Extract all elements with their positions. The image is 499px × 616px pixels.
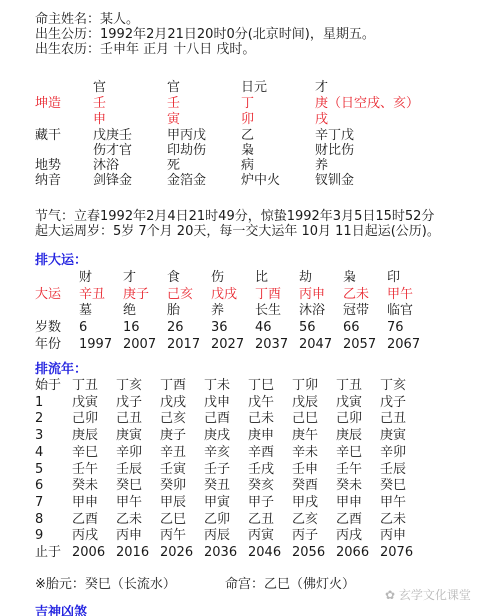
cell: 己亥 xyxy=(167,287,193,302)
cell: 丁亥 xyxy=(380,378,406,393)
cell: 甲辰 xyxy=(160,495,186,510)
cell: 伤 xyxy=(211,270,224,285)
cell: 才 xyxy=(123,270,136,285)
cell: 戊戌 xyxy=(160,395,186,410)
cell: 辛亥 xyxy=(204,445,230,460)
cell: 卯 xyxy=(241,112,254,127)
cell: 辛酉 xyxy=(248,445,274,460)
cell: 乙未 xyxy=(343,287,369,302)
cell: 2026 xyxy=(160,545,193,560)
cell: 2007 xyxy=(123,337,156,352)
cell: 甲午 xyxy=(387,287,413,302)
cell: 甲申 xyxy=(72,495,98,510)
cell: 戊子 xyxy=(116,395,142,410)
cell: 甲午 xyxy=(380,495,406,510)
wechat-icon: ✿ xyxy=(385,588,399,602)
cell: 甲丙戊 xyxy=(167,128,206,143)
cell: 甲子 xyxy=(248,495,274,510)
cell: 己亥 xyxy=(160,411,186,426)
cell: 己酉 xyxy=(204,411,230,426)
row-label: 5 xyxy=(35,462,43,477)
name-line: 命主姓名：某人。 xyxy=(35,12,139,27)
cell: 己丑 xyxy=(116,411,142,426)
cell: 辛丁戊 xyxy=(315,128,354,143)
taiyuan-text: ※胎元：癸巳（长流水） xyxy=(35,577,176,592)
row-label: 3 xyxy=(35,428,43,443)
cell: 乙酉 xyxy=(72,512,98,527)
cell: 庚子 xyxy=(160,428,186,443)
cell: 壬辰 xyxy=(380,462,406,477)
cell: 官 xyxy=(93,80,106,95)
cell: 冠带 xyxy=(343,303,369,318)
cell: 2066 xyxy=(336,545,369,560)
cell: 2046 xyxy=(248,545,281,560)
cell: 辛丑 xyxy=(160,445,186,460)
cell: 枭 xyxy=(343,270,356,285)
cell: 官 xyxy=(167,80,180,95)
cell: 戊午 xyxy=(248,395,274,410)
cell: 16 xyxy=(123,320,140,335)
cell: 丁卯 xyxy=(292,378,318,393)
cell: 己巳 xyxy=(292,411,318,426)
qiyun-line: 起大运周岁：5岁 7个月 20天，每一交大运年 10月 11日起运(公历)。 xyxy=(35,224,440,239)
cell: 丁 xyxy=(241,96,254,111)
cell: 76 xyxy=(387,320,404,335)
row-label: 大运 xyxy=(35,287,61,302)
cell: 丙辰 xyxy=(204,528,230,543)
cell: 乙卯 xyxy=(204,512,230,527)
cell: 壬寅 xyxy=(160,462,186,477)
cell: 辛未 xyxy=(292,445,318,460)
cell: 丙午 xyxy=(160,528,186,543)
cell: 2056 xyxy=(292,545,325,560)
row-label: 坤造 xyxy=(35,96,61,111)
cell: 6 xyxy=(79,320,87,335)
cell: 56 xyxy=(299,320,316,335)
cell: 炉中火 xyxy=(241,173,280,188)
cell: 己卯 xyxy=(72,411,98,426)
cell: 丙申 xyxy=(380,528,406,543)
cell: 戊戌 xyxy=(211,287,237,302)
cell: 戊申 xyxy=(204,395,230,410)
cell: 癸亥 xyxy=(248,478,274,493)
cell: 寅 xyxy=(167,112,180,127)
cell: 食 xyxy=(167,270,180,285)
next-section-title: 吉神凶煞 xyxy=(35,601,87,616)
cell: 庚辰 xyxy=(336,428,362,443)
cell: 病 xyxy=(241,158,254,173)
cell: 壬午 xyxy=(336,462,362,477)
cell: 丁酉 xyxy=(255,287,281,302)
cell: 庚戌 xyxy=(204,428,230,443)
cell: 癸巳 xyxy=(116,478,142,493)
cell: 2027 xyxy=(211,337,244,352)
cell: 2036 xyxy=(204,545,237,560)
cell: 癸未 xyxy=(72,478,98,493)
cell: 庚辰 xyxy=(72,428,98,443)
cell: 辛卯 xyxy=(116,445,142,460)
cell: 2017 xyxy=(167,337,200,352)
cell: 庚子 xyxy=(123,287,149,302)
cell: 壬 xyxy=(93,96,106,111)
cell: 养 xyxy=(211,303,224,318)
cell: 乙未 xyxy=(116,512,142,527)
cell: 乙未 xyxy=(380,512,406,527)
cell: 财比伤 xyxy=(315,143,354,158)
cell: 辛巳 xyxy=(72,445,98,460)
cell: 乙巳 xyxy=(160,512,186,527)
cell: 戊庚壬 xyxy=(93,128,132,143)
cell: 枭 xyxy=(241,143,254,158)
cell: 庚申 xyxy=(248,428,274,443)
cell: 庚寅 xyxy=(116,428,142,443)
cell: 辛卯 xyxy=(380,445,406,460)
row-label: 1 xyxy=(35,395,43,410)
cell: 申 xyxy=(93,112,106,127)
cell: 丙申 xyxy=(116,528,142,543)
cell: 丙子 xyxy=(292,528,318,543)
cell: 死 xyxy=(167,158,180,173)
cell: 金箔金 xyxy=(167,173,206,188)
cell: 钗钏金 xyxy=(315,173,354,188)
row-label: 9 xyxy=(35,528,43,543)
cell: 癸酉 xyxy=(292,478,318,493)
cell: 印劫伤 xyxy=(167,143,206,158)
cell: 墓 xyxy=(79,303,92,318)
row-label: 岁数 xyxy=(35,320,61,335)
cell: 癸未 xyxy=(336,478,362,493)
cell: 庚寅 xyxy=(380,428,406,443)
cell: 丁未 xyxy=(204,378,230,393)
cell: 沐浴 xyxy=(299,303,325,318)
cell: 乙亥 xyxy=(292,512,318,527)
cell: 2006 xyxy=(72,545,105,560)
row-label: 8 xyxy=(35,512,43,527)
cell: 36 xyxy=(211,320,228,335)
cell: 财 xyxy=(79,270,92,285)
row-label: 年份 xyxy=(35,337,61,352)
cell: 癸卯 xyxy=(160,478,186,493)
cell: 乙 xyxy=(241,128,254,143)
row-label: 7 xyxy=(35,495,43,510)
cell: 己丑 xyxy=(380,411,406,426)
cell: 乙酉 xyxy=(336,512,362,527)
cell: 壬申 xyxy=(292,462,318,477)
cell: 壬辰 xyxy=(116,462,142,477)
cell: 26 xyxy=(167,320,184,335)
cell: 66 xyxy=(343,320,360,335)
cell: 丙申 xyxy=(299,287,325,302)
cell: 己卯 xyxy=(336,411,362,426)
cell: 丙戌 xyxy=(336,528,362,543)
cell: 2076 xyxy=(380,545,413,560)
cell: 印 xyxy=(387,270,400,285)
jieqi-line: 节气：立春1992年2月4日21时49分，惊蛰1992年3月5日15时52分 xyxy=(35,209,434,224)
liunian-title: 排流年： xyxy=(35,362,87,377)
cell: 丁丑 xyxy=(336,378,362,393)
row-label: 2 xyxy=(35,411,43,426)
cell: 长生 xyxy=(255,303,281,318)
cell: 日元 xyxy=(241,80,267,95)
cell: 癸丑 xyxy=(204,478,230,493)
cell: 辛巳 xyxy=(336,445,362,460)
row-label: 止于 xyxy=(35,545,61,560)
cell: 沐浴 xyxy=(93,158,119,173)
cell: 甲寅 xyxy=(204,495,230,510)
cell: 壬午 xyxy=(72,462,98,477)
row-label: 藏干 xyxy=(35,128,61,143)
cell: 绝 xyxy=(123,303,136,318)
cell: 2037 xyxy=(255,337,288,352)
cell: 1997 xyxy=(79,337,112,352)
row-label: 4 xyxy=(35,445,43,460)
cell: 丙戌 xyxy=(72,528,98,543)
cell: 甲申 xyxy=(336,495,362,510)
cell: 壬 xyxy=(167,96,180,111)
cell: 2057 xyxy=(343,337,376,352)
cell: 戊辰 xyxy=(292,395,318,410)
cell: 胎 xyxy=(167,303,180,318)
cell: 剑锋金 xyxy=(93,173,132,188)
cell: 乙丑 xyxy=(248,512,274,527)
cell: 2016 xyxy=(116,545,149,560)
row-label: 始于 xyxy=(35,378,61,393)
cell: 戊寅 xyxy=(72,395,98,410)
dayun-title: 排大运： xyxy=(35,253,87,268)
cell: 伤才官 xyxy=(93,143,132,158)
cell: 比 xyxy=(255,270,268,285)
cell: 甲戌 xyxy=(292,495,318,510)
cell: 丙寅 xyxy=(248,528,274,543)
cell: 丁酉 xyxy=(160,378,186,393)
cell: 才 xyxy=(315,80,328,95)
cell: 戊寅 xyxy=(336,395,362,410)
lunar-birth-line: 出生农历：壬申年 正月 十八日 戌时。 xyxy=(35,42,255,57)
cell: 临官 xyxy=(387,303,413,318)
cell: 46 xyxy=(255,320,272,335)
cell: 2067 xyxy=(387,337,420,352)
cell: 2047 xyxy=(299,337,332,352)
cell: 丁巳 xyxy=(248,378,274,393)
row-label: 6 xyxy=(35,478,43,493)
row-label: 地势 xyxy=(35,158,61,173)
cell: 戊子 xyxy=(380,395,406,410)
cell: 庚（日空戌、亥） xyxy=(315,96,419,111)
cell: 养 xyxy=(315,158,328,173)
cell: 庚午 xyxy=(292,428,318,443)
cell: 壬子 xyxy=(204,462,230,477)
cell: 丁丑 xyxy=(72,378,98,393)
cell: 癸巳 xyxy=(380,478,406,493)
minggong-text: 命宫：乙巳（佛灯火） xyxy=(225,577,355,592)
row-label: 纳音 xyxy=(35,173,61,188)
solar-birth-line: 出生公历：1992年2月21日20时0分(北京时间)，星期五。 xyxy=(35,27,375,42)
cell: 甲午 xyxy=(116,495,142,510)
cell: 壬戌 xyxy=(248,462,274,477)
cell: 己未 xyxy=(248,411,274,426)
cell: 戌 xyxy=(315,112,328,127)
watermark: ✿ 玄学文化课堂 xyxy=(385,586,471,603)
cell: 劫 xyxy=(299,270,312,285)
cell: 丁亥 xyxy=(116,378,142,393)
cell: 辛丑 xyxy=(79,287,105,302)
